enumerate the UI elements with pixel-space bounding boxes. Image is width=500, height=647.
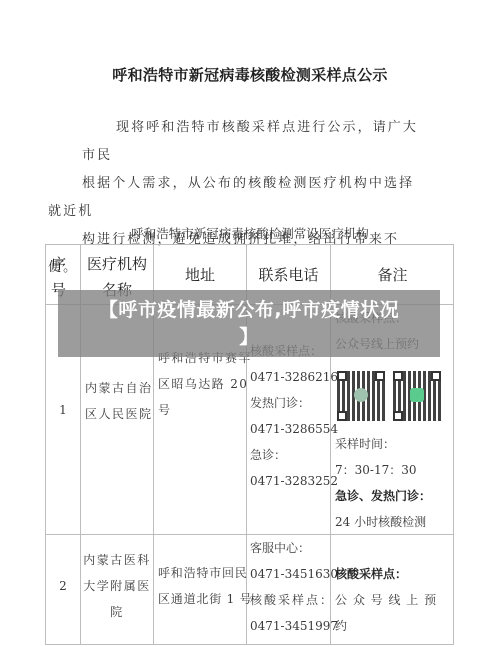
header-phone: 联系电话 [247,262,330,288]
emergency-value: 24 小时核酸检测 [335,509,431,535]
row-phone: 客服中心： 0471-3451630 核酸采样点： 0471-3451997 [250,535,338,639]
row-institution: 内蒙古自治 区人民医院 [85,375,153,427]
qr-finder-icon [375,371,385,381]
row-notes-times: 采样时间： 7：30-17：30 急诊、发热门诊： 24 小时核酸检测 [335,431,431,535]
headline-overlay: 【呼市疫情最新公布,呼市疫情状况 】 [58,290,440,357]
address-line: 呼和浩特市回民 [158,560,252,586]
table-title: 呼和浩特市新冠病毒核酸检测常设医疗机构 [0,224,500,242]
row-index: 2 [46,573,80,599]
row-institution: 内蒙古医科 大学附属医 院 [81,547,153,625]
institution-line: 内蒙古自治 [85,375,153,401]
phone-line: 核酸采样点： [250,587,338,613]
phone-line: 0471-3451630 [250,561,338,587]
row-phone: 核酸采样点： 0471-3286216 发热门诊： 0471-3286554 急… [250,338,338,494]
row-notes: 核酸采样点： 公 众 号 线 上 预 约 [335,561,453,639]
institution-line: 大学附属医 [81,573,153,599]
emergency-label: 急诊、发热门诊： [335,483,431,509]
wechat-official-account-qr-icon [337,371,385,421]
row-index: 1 [46,397,80,423]
institution-line: 区人民医院 [85,401,153,427]
phone-line: 0471-3286216 [250,364,338,390]
phone-line: 急诊： [250,442,338,468]
phone-line: 发热门诊： [250,390,338,416]
sampling-time-label: 采样时间： [335,431,431,457]
qr-logo-icon [354,388,368,402]
phone-line: 客服中心： [250,535,338,561]
qr-logo-icon [410,388,424,402]
row-address: 呼和浩特市回民 区通道北街 1 号 [158,560,252,612]
phone-line: 0471-3283252 [250,468,338,494]
phone-line: 0471-3286554 [250,416,338,442]
document-title: 呼和浩特市新冠病毒核酸检测采样点公示 [0,64,500,85]
address-line: 区通道北街 1 号 [158,586,252,612]
address-line: 号 [158,397,252,423]
header-index-line: 序 [51,251,66,277]
notes-label: 核酸采样点： [335,561,453,587]
phone-line: 0471-3451997 [250,613,338,639]
header-address: 地址 [154,262,246,288]
qr-finder-icon [393,411,403,421]
address-line: 区昭乌达路 20 [158,371,252,397]
qr-finder-icon [393,371,403,381]
headline-line: 【呼市疫情最新公布,呼市疫情状况 [58,297,440,324]
intro-line: 根据个人需求，从公布的核酸检测医疗机构中选择就近机 [48,170,427,226]
institution-line: 内蒙古医科 [81,547,153,573]
intro-line: 现将呼和浩特市核酸采样点进行公示，请广大市民 [82,114,427,170]
wechat-mini-program-qr-icon [393,371,441,421]
qr-finder-icon [337,411,347,421]
institution-line: 院 [81,599,153,625]
notes-booking: 公 众 号 线 上 预 约 [335,587,453,639]
qr-finder-icon [337,371,347,381]
headline-line: 】 [58,324,440,351]
header-institution-line: 医疗机构 [81,251,153,277]
header-notes: 备注 [331,262,454,288]
qr-finder-icon [431,371,441,381]
sampling-time-value: 7：30-17：30 [335,457,431,483]
